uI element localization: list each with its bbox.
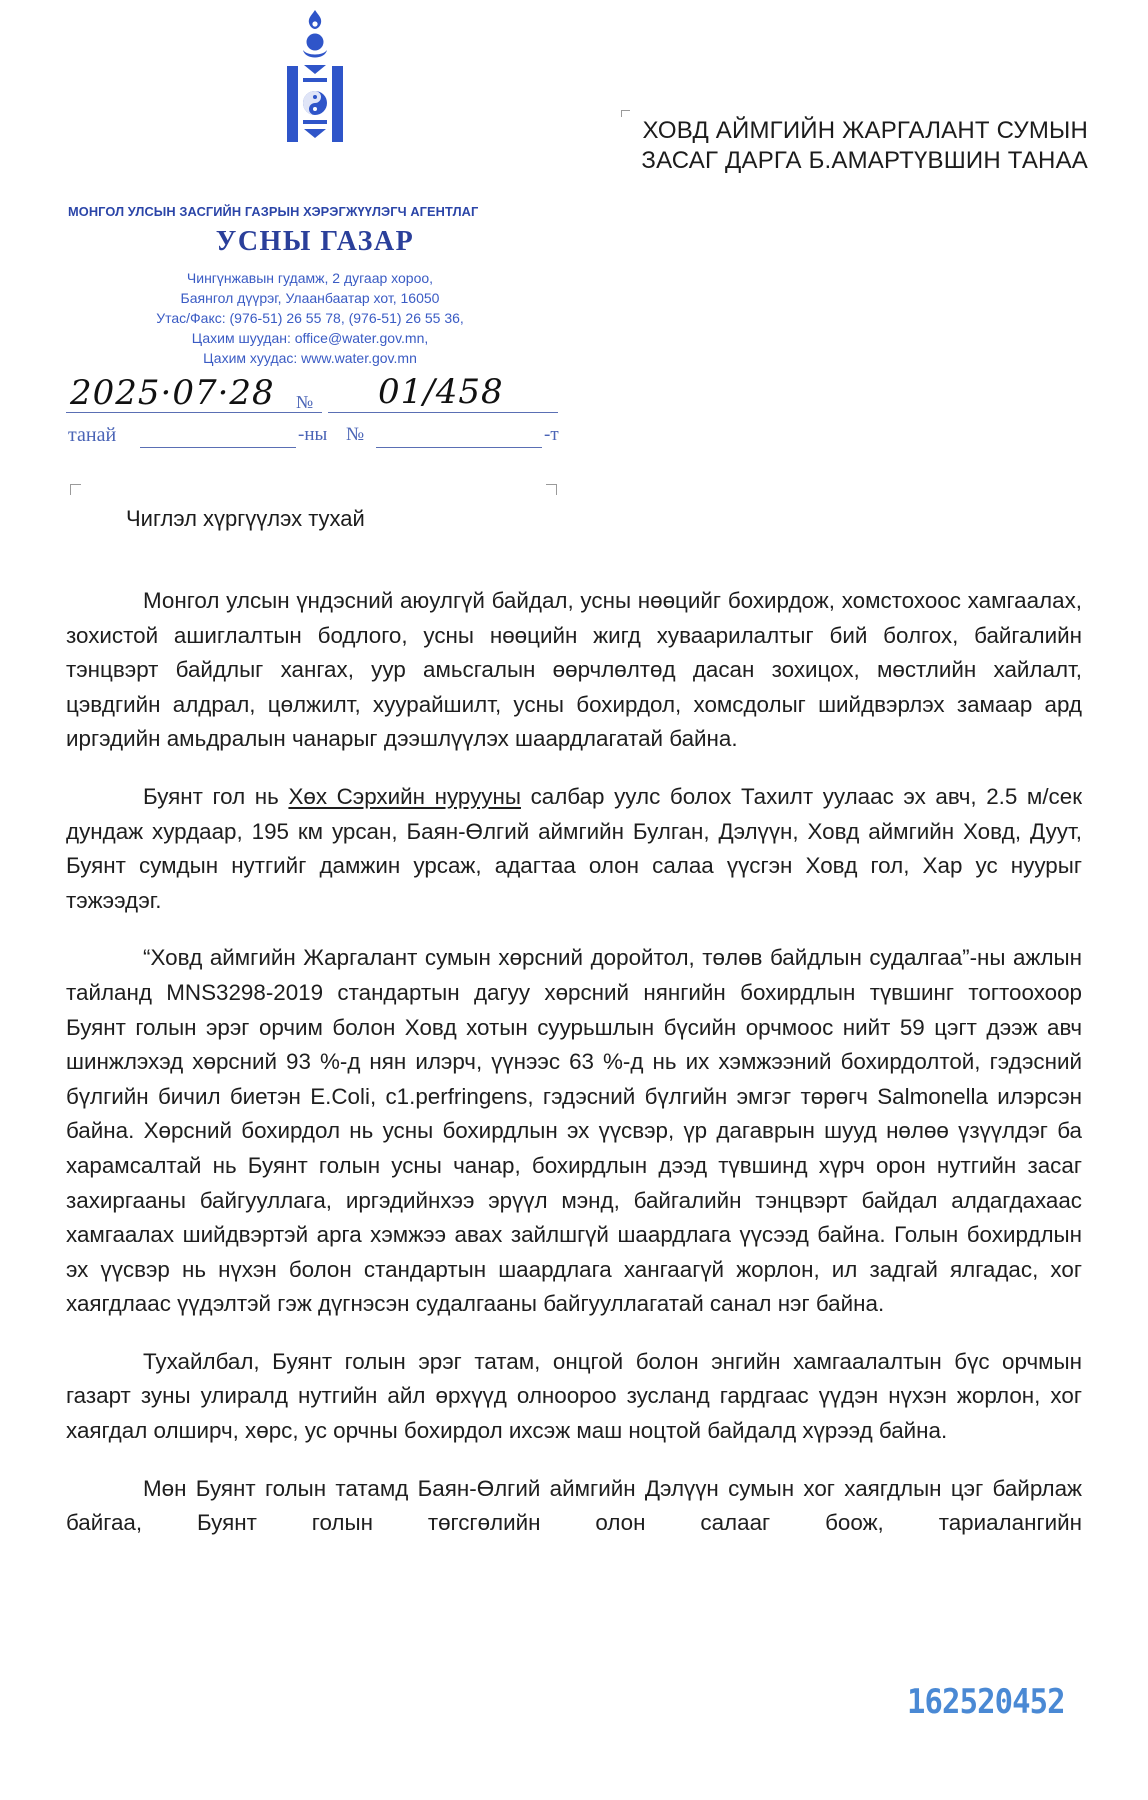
corner-mark-top-left [70,484,81,495]
address-line-2: Баянгол дүүрэг, Улаанбаатар хот, 16050 [100,288,520,308]
your-ref-end: -т [544,424,559,446]
your-ref-suffix: -ны [298,424,327,446]
phone-fax: Утас/Факс: (976-51) 26 55 78, (976-51) 2… [100,308,520,328]
paragraph-3: “Ховд аймгийн Жаргалант сумын хөрсний до… [66,941,1082,1322]
your-number-underline [376,447,542,448]
your-date-underline [140,447,296,448]
recipient-line-1: ХОВД АЙМГИЙН ЖАРГАЛАНТ СУМЫН [598,116,1088,146]
letterhead: МОНГОЛ УЛСЫН ЗАСГИЙН ГАЗРЫН ХЭРЭГЖҮҮЛЭГЧ… [0,0,600,440]
soyombo-emblem-icon [275,8,355,148]
letter-body: Монгол улсын үндэсний аюулгүй байдал, ус… [66,584,1082,1564]
agency-line: МОНГОЛ УЛСЫН ЗАСГИЙН ГАЗРЫН ХЭРЭГЖҮҮЛЭГЧ… [68,204,608,219]
corner-mark-top-right [546,484,557,495]
your-number-symbol: № [346,424,364,446]
underlined-mountain-range: Хөх Сэрхийн нурууны [288,784,521,809]
paragraph-1: Монгол улсын үндэсний аюулгүй байдал, ус… [66,584,1082,757]
your-ref-label: танай [68,424,116,447]
paragraph-2: Буянт гол нь Хөх Сэрхийн нурууны салбар … [66,780,1082,918]
org-name: УСНЫ ГАЗАР [165,226,465,258]
paragraph-4: Тухайлбал, Буянт голын эрэг татам, онцго… [66,1345,1082,1449]
registration-stamp: 162520452 [907,1682,1065,1722]
number-symbol: № [296,392,313,413]
email: Цахим шуудан: office@water.gov.mn, [100,328,520,348]
handwritten-number: 01/458 [378,372,504,412]
paragraph-2-start: Буянт гол нь [143,784,288,809]
website: Цахим хуудас: www.water.gov.mn [100,348,520,368]
letter-subject: Чиглэл хүргүүлэх тухай [126,506,365,532]
recipient-address: ХОВД АЙМГИЙН ЖАРГАЛАНТ СУМЫН ЗАСАГ ДАРГА… [598,116,1088,176]
address-line-1: Чингүнжавын гудамж, 2 дугаар хороо, [100,268,520,288]
number-underline [328,412,558,413]
recipient-line-2: ЗАСАГ ДАРГА Б.АМАРТҮВШИН ТАНАА [598,146,1088,176]
paragraph-5: Мөн Буянт голын татамд Баян-Өлгий аймгий… [66,1472,1082,1541]
handwritten-date: 2025·07·28 [70,373,275,413]
